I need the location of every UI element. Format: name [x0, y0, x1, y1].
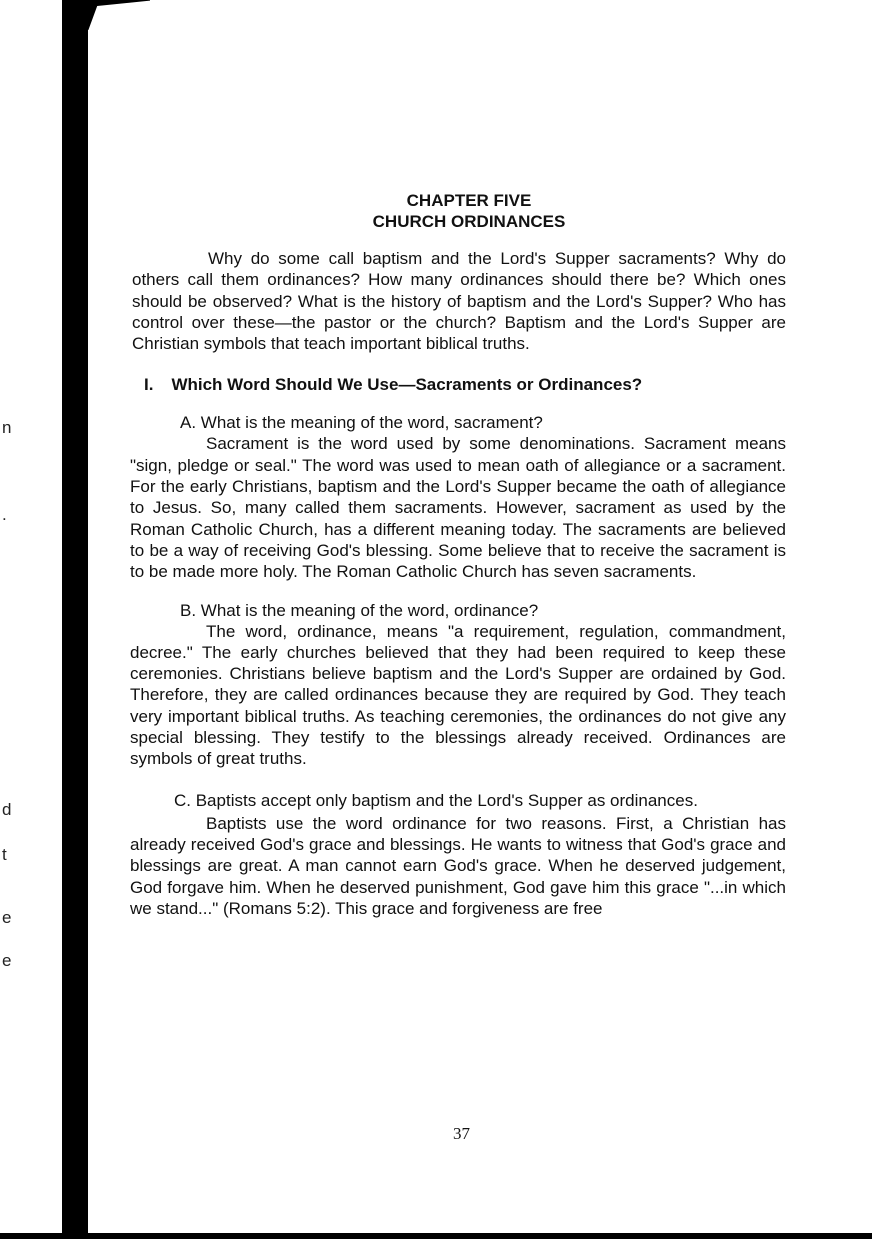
subsection-c-body: Baptists use the word ordinance for two …: [130, 813, 786, 919]
book-spine-corner: [62, 0, 150, 30]
chapter-title: CHURCH ORDINANCES: [152, 211, 786, 232]
facing-page-fragment: .: [2, 505, 7, 525]
facing-page-fragment: t: [2, 845, 7, 865]
book-spine-shadow: [62, 0, 88, 1239]
scan-bottom-edge: [0, 1233, 872, 1239]
subsection-b-body: The word, ordinance, means "a requiremen…: [130, 621, 786, 770]
subsection-a-heading: A. What is the meaning of the word, sacr…: [130, 413, 786, 433]
subsection-c-heading: C. Baptists accept only baptism and the …: [130, 790, 786, 811]
subsection-b-heading: B. What is the meaning of the word, ordi…: [130, 601, 786, 621]
intro-paragraph: Why do some call baptism and the Lord's …: [130, 248, 786, 354]
chapter-number: CHAPTER FIVE: [152, 190, 786, 211]
facing-page-fragment: e: [2, 951, 11, 971]
page-number: 37: [453, 1124, 470, 1144]
facing-page-fragment: n: [2, 418, 11, 438]
subsection-a-body: Sacrament is the word used by some denom…: [130, 433, 786, 582]
section-title: Which Word Should We Use—Sacraments or O…: [171, 375, 642, 395]
page-content: CHAPTER FIVE CHURCH ORDINANCES Why do so…: [130, 190, 786, 919]
section-number: I.: [144, 375, 153, 395]
facing-page-fragment: d: [2, 800, 11, 820]
facing-page-fragment: e: [2, 908, 11, 928]
section-heading: I. Which Word Should We Use—Sacraments o…: [130, 375, 786, 395]
